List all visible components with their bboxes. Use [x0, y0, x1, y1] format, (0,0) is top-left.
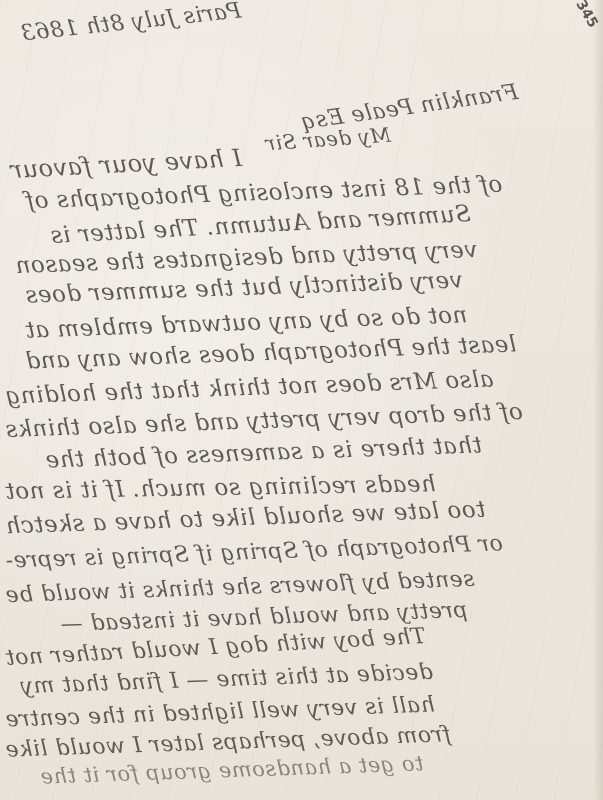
letter-page: 345 Paris July 8th 1863Franklin Peale Es… [0, 0, 603, 800]
page-edge-shadow [593, 0, 603, 800]
